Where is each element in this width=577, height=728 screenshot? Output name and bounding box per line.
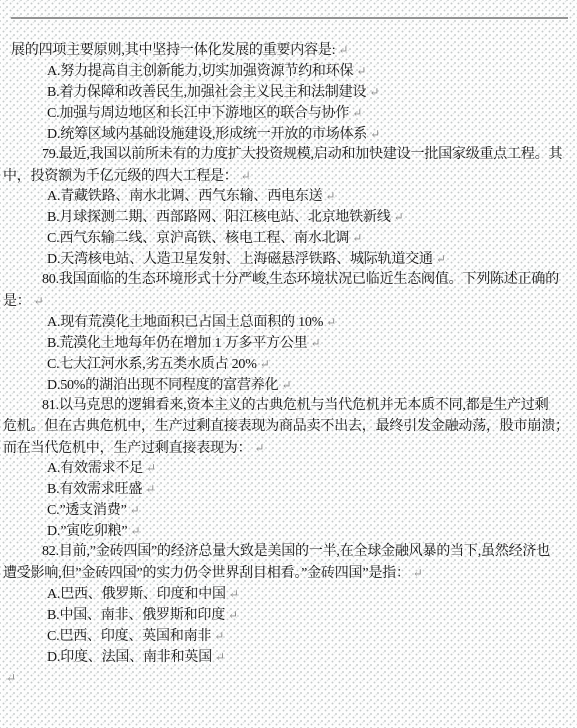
paragraph-return-icon: ↵: [310, 336, 320, 350]
line-text: 危机。但在古典危机中，生产过剩直接表现为商品卖不出去，最终引发金融动荡，股市崩溃…: [3, 419, 569, 434]
line-text: 而在当代危机中，生产过剩直接表现为：: [3, 441, 251, 456]
line-text: B.荒漠化土地每年仍在增加 1 万多平方公里: [47, 336, 307, 351]
text-line: D.天湾核电站、人造卫星发射、上海磁悬浮铁路、城际轨道交通↵: [0, 249, 577, 270]
text-line: A.青藏铁路、南水北调、西气东输、西电东送↵: [0, 186, 577, 207]
document-page: 展的四项主要原则,其中坚持一体化发展的重要内容是:↵A.努力提高自主创新能力,切…: [0, 0, 577, 728]
paragraph-return-icon: ↵: [229, 587, 239, 601]
line-text: B.有效需求旺盛: [47, 482, 142, 497]
paragraph-return-icon: ↵: [214, 629, 224, 643]
line-text: 80.我国面临的生态环境形式十分严峻,生态环境状况已临近生态阀值。下列陈述正确的: [42, 272, 559, 287]
paragraph-return-icon: ↵: [130, 503, 140, 517]
paragraph-return-icon: ↵: [394, 210, 404, 224]
line-text: B.着力保障和改善民生,加强社会主义民主和法制建设: [47, 85, 366, 100]
paragraph-return-icon: ↵: [352, 231, 362, 245]
line-text: A.努力提高自主创新能力,切实加强资源节约和环保: [47, 64, 353, 79]
line-text: A.青藏铁路、南水北调、西气东输、西电东送: [47, 189, 322, 204]
paragraph-return-icon: ↵: [370, 127, 380, 141]
line-text: A.现有荒漠化土地面积已占国土总面积的 10%: [47, 315, 323, 330]
paragraph-return-icon: ↵: [260, 357, 270, 371]
text-line: D.印度、法国、南非和英国↵: [0, 647, 577, 668]
text-line: C.七大江河水系,劣五类水质占 20%↵: [0, 354, 577, 375]
line-text: 是：: [3, 294, 31, 309]
line-text: B.月球探测二期、西部路网、阳江核电站、北京地铁新线: [47, 210, 391, 225]
paragraph-return-icon: ↵: [228, 608, 238, 622]
text-line: D.统筹区域内基础设施建设,形成统一开放的市场体系↵: [0, 124, 577, 145]
paragraph-return-icon: ↵: [356, 64, 366, 78]
paragraph-return-icon: ↵: [369, 85, 379, 99]
line-text: D.”寅吃卯粮”: [47, 524, 127, 539]
paragraph-return-icon: ↵: [338, 43, 348, 57]
line-text: A.有效需求不足: [47, 461, 143, 476]
text-line: 遭受影响,但”金砖四国”的实力仍令世界刮目相看。”金砖四国”是指：↵: [0, 563, 577, 584]
paragraph-return-icon: ↵: [254, 441, 264, 455]
line-text: A.巴西、俄罗斯、印度和中国: [47, 587, 226, 602]
text-line: ↵: [0, 668, 577, 689]
paragraph-return-icon: ↵: [241, 169, 251, 183]
paragraph-return-icon: ↵: [326, 315, 336, 329]
text-line: A.努力提高自主创新能力,切实加强资源节约和环保↵: [0, 61, 577, 82]
text-line: A.巴西、俄罗斯、印度和中国↵: [0, 584, 577, 605]
document-viewport: { "page": { "rule_color": "#939393", "te…: [0, 0, 577, 728]
text-line: B.着力保障和改善民生,加强社会主义民主和法制建设↵: [0, 82, 577, 103]
line-text: 遭受影响,但”金砖四国”的实力仍令世界刮目相看。”金砖四国”是指：: [3, 566, 410, 581]
line-text: 82.目前,”金砖四国”的经济总量大致是美国的一半,在全球金融风暴的当下,虽然经…: [42, 544, 550, 559]
line-text: C.西气东输二线、京沪高铁、核电工程、南水北调: [47, 231, 349, 246]
text-line: 而在当代危机中，生产过剩直接表现为：↵: [0, 438, 577, 459]
line-text: 展的四项主要原则,其中坚持一体化发展的重要内容是:: [11, 43, 335, 58]
paragraph-return-icon: ↵: [436, 252, 446, 266]
text-line: C.西气东输二线、京沪高铁、核电工程、南水北调↵: [0, 228, 577, 249]
paragraph-return-icon: ↵: [281, 378, 291, 392]
text-line: A.有效需求不足↵: [0, 458, 577, 479]
paragraph-return-icon: ↵: [145, 482, 155, 496]
paragraph-return-icon: ↵: [413, 566, 423, 580]
line-text: D.印度、法国、南非和英国: [47, 650, 212, 665]
text-line: 81.以马克思的逻辑看来,资本主义的古典危机与当代危机并无本质不同,都是生产过剩: [0, 396, 577, 417]
text-line: B.有效需求旺盛↵: [0, 479, 577, 500]
paragraph-return-icon: ↵: [352, 106, 362, 120]
paragraph-return-icon: ↵: [130, 524, 140, 538]
text-line: 中，投资额为千亿元级的四大工程是：↵: [0, 166, 577, 187]
paragraph-return-icon: ↵: [325, 189, 335, 203]
line-text: 81.以马克思的逻辑看来,资本主义的古典危机与当代危机并无本质不同,都是生产过剩: [42, 398, 549, 413]
text-line: B.中国、南非、俄罗斯和印度↵: [0, 605, 577, 626]
text-line: C.加强与周边地区和长江中下游地区的联合与协作↵: [0, 103, 577, 124]
line-text: D.天湾核电站、人造卫星发射、上海磁悬浮铁路、城际轨道交通: [47, 252, 433, 267]
text-line: 是：↵: [0, 291, 577, 312]
text-line: 82.目前,”金砖四国”的经济总量大致是美国的一半,在全球金融风暴的当下,虽然经…: [0, 542, 577, 563]
text-line: 79.最近,我国以前所未有的力度扩大投资规模,启动和加快建设一批国家级重点工程。…: [0, 145, 577, 166]
line-text: 中，投资额为千亿元级的四大工程是：: [3, 169, 238, 184]
text-line: 80.我国面临的生态环境形式十分严峻,生态环境状况已临近生态阀值。下列陈述正确的: [0, 270, 577, 291]
text-line: D.”寅吃卯粮”↵: [0, 521, 577, 542]
text-line: C.巴西、印度、英国和南非↵: [0, 626, 577, 647]
paragraph-return-icon: ↵: [146, 461, 156, 475]
line-text: C.巴西、印度、英国和南非: [47, 629, 211, 644]
line-text: B.中国、南非、俄罗斯和印度: [47, 608, 225, 623]
text-line: 危机。但在古典危机中，生产过剩直接表现为商品卖不出去，最终引发金融动荡，股市崩溃…: [0, 417, 577, 438]
line-text: D.50%的湖泊出现不同程度的富营养化: [47, 378, 278, 393]
paragraph-return-icon: ↵: [6, 671, 16, 685]
text-line: B.月球探测二期、西部路网、阳江核电站、北京地铁新线↵: [0, 207, 577, 228]
text-line: D.50%的湖泊出现不同程度的富营养化↵: [0, 375, 577, 396]
line-text: C.”透支消费”: [47, 503, 127, 518]
paragraph-return-icon: ↵: [34, 294, 44, 308]
line-text: C.七大江河水系,劣五类水质占 20%: [47, 357, 257, 372]
text-line: C.”透支消费”↵: [0, 500, 577, 521]
line-text: D.统筹区域内基础设施建设,形成统一开放的市场体系: [47, 127, 367, 142]
line-text: C.加强与周边地区和长江中下游地区的联合与协作: [47, 106, 349, 121]
text-line: 展的四项主要原则,其中坚持一体化发展的重要内容是:↵: [0, 40, 577, 61]
header-divider-rule: [11, 17, 568, 19]
text-line: A.现有荒漠化土地面积已占国土总面积的 10%↵: [0, 312, 577, 333]
paragraph-return-icon: ↵: [215, 650, 225, 664]
text-lines: 展的四项主要原则,其中坚持一体化发展的重要内容是:↵A.努力提高自主创新能力,切…: [0, 40, 577, 689]
text-line: B.荒漠化土地每年仍在增加 1 万多平方公里↵: [0, 333, 577, 354]
line-text: 79.最近,我国以前所未有的力度扩大投资规模,启动和加快建设一批国家级重点工程。…: [42, 147, 562, 162]
